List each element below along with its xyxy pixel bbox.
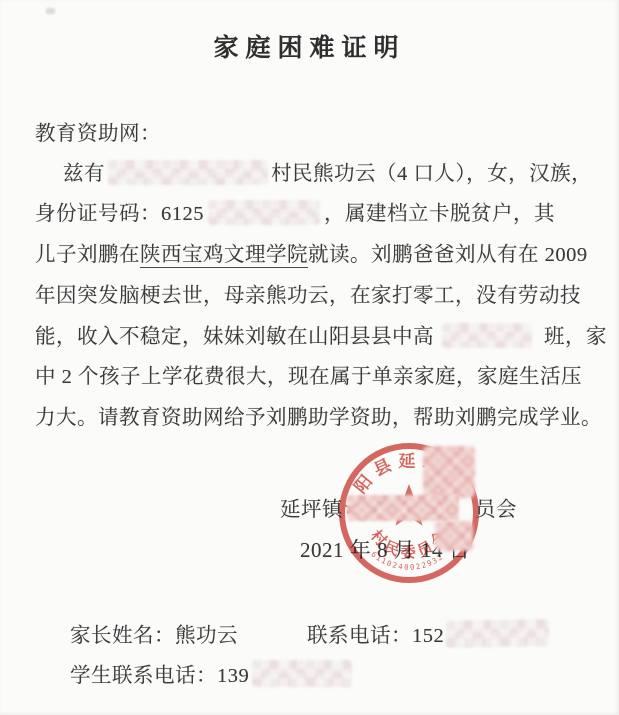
body-line-7: 力大。请教育资助网给予刘鹏助学资助，帮助刘鹏完成学业。: [35, 400, 602, 430]
signature-org-line: 延坪镇员会: [280, 492, 517, 522]
body-text: 能，收入不稳定，妹妹刘敏在山阳县县中高: [35, 326, 434, 348]
redaction-blur-id-number: [208, 200, 320, 225]
redaction-blur-seal-right: [435, 521, 473, 551]
redaction-blur-seal-top: [423, 446, 475, 498]
scan-speck: [46, 8, 55, 14]
student-phone-label: 学生联系电话：: [70, 665, 217, 687]
redaction-blur-class: [442, 323, 532, 348]
parent-name-label: 家长姓名：: [70, 625, 175, 647]
redaction-blur-parent-phone: [446, 619, 549, 648]
parent-phone-line: 联系电话：152: [307, 618, 549, 648]
redaction-blur-village: [108, 160, 268, 185]
signature-org-post: 员会: [475, 499, 517, 521]
body-text: 村民熊功云（4 口人），女，汉族，: [271, 163, 592, 185]
parent-phone-prefix: 152: [412, 625, 444, 647]
body-line-4: 年因突发脑梗去世，母亲熊功云，在家打零工，没有劳动技: [35, 278, 581, 308]
body-text: ，属建档立卡脱贫户，其: [324, 203, 555, 225]
body-text: 儿子刘鹏在: [35, 244, 140, 266]
body-line-6: 中 2 个孩子上学花费很大，现在属于单亲家庭，家庭生活压: [35, 359, 582, 389]
body-text: 班，家: [544, 326, 607, 348]
school-name-underlined: 陕西宝鸡文理学院: [140, 244, 308, 268]
body-line-2: 身份证号码：6125，属建档立卡脱贫户，其: [35, 196, 555, 226]
body-line-1: 兹有村民熊功云（4 口人），女，汉族，: [63, 156, 592, 186]
parent-name-value: 熊功云: [175, 625, 238, 647]
certificate-document: 家庭困难证明 教育资助网： 兹有村民熊功云（4 口人），女，汉族， 身份证号码：…: [0, 0, 619, 715]
recipient-line: 教育资助网：: [35, 116, 161, 146]
body-text: 身份证号码：6125: [35, 203, 204, 225]
body-text: 就读。刘鹏爸爸刘从有在 2009: [308, 244, 588, 266]
parent-phone-label: 联系电话：: [307, 625, 412, 647]
redaction-blur-org: [347, 495, 459, 521]
body-line-5: 能，收入不稳定，妹妹刘敏在山阳县县中高班，家: [35, 319, 607, 349]
page-title: 家庭困难证明: [0, 28, 619, 64]
redaction-blur-student-phone: [252, 660, 352, 687]
signature-org-pre: 延坪镇: [280, 499, 343, 521]
student-phone-prefix: 139: [217, 665, 249, 687]
student-phone-line: 学生联系电话：139: [70, 658, 352, 688]
parent-name-line: 家长姓名：熊功云: [70, 618, 238, 648]
body-text: 兹有: [63, 163, 105, 185]
body-line-3: 儿子刘鹏在陕西宝鸡文理学院就读。刘鹏爸爸刘从有在 2009: [35, 237, 588, 267]
